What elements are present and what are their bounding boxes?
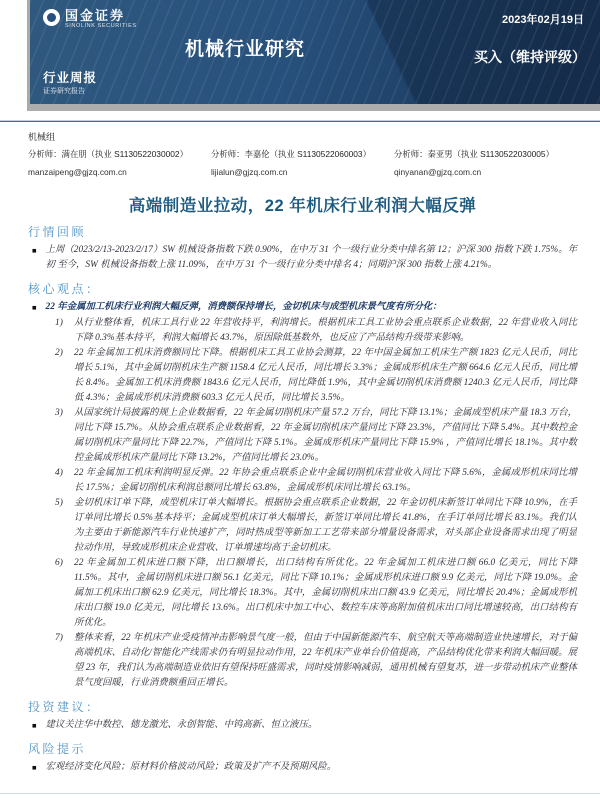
- brand-name-en: SINOLINK SECURITIES: [65, 24, 137, 30]
- analyst-row: 分析师：满在朋（执业 S1130522030002） manzaipeng@gj…: [28, 148, 577, 177]
- market-review-text: 上周（2023/2/13-2023/2/17）SW 机械设备指数下跌 0.90%…: [46, 243, 577, 273]
- core-view-lead-text: 22 年金属加工机床行业利润大幅反弹，消费额保持增长，金切机床与成型机床景气度有…: [46, 300, 577, 315]
- point-number: 5): [55, 496, 69, 556]
- logo-text: 国金证券 SINOLINK SECURITIES: [65, 9, 137, 30]
- point-text: 22 年金属加工机床利润明显反弹。22 年协会重点联系企业中金属切削机床营业收入…: [74, 466, 577, 496]
- point-text: 从国家统计局披露的规上企业数据看，22 年金属切削机床产量 57.2 万台，同比…: [74, 406, 577, 466]
- core-point: 3) 从国家统计局披露的规上企业数据看，22 年金属切削机床产量 57.2 万台…: [55, 406, 577, 466]
- report-body: 机械组 分析师：满在朋（执业 S1130522030002） manzaipen…: [0, 123, 600, 775]
- investment-item: ■ 建议关注华中数控、德龙激光、永创智能、中钨高新、恒立液压。: [32, 718, 577, 733]
- point-text: 整体来看，22 年机床产业受疫情冲击影响景气度一般，但由于中国新能源汽车、航空航…: [74, 631, 577, 691]
- header-banner: 国金证券 SINOLINK SECURITIES 2023年02月19日 机械行…: [27, 0, 600, 111]
- report-subtype: 证券研究报告: [43, 88, 97, 95]
- analyst-name-line: 分析师：满在朋（执业 S1130522030002）: [28, 148, 211, 160]
- analyst-email: qinyanan@gjzq.com.cn: [394, 167, 577, 177]
- analyst-email: lijialun@gjzq.com.cn: [211, 167, 394, 177]
- point-number: 7): [55, 631, 69, 691]
- analyst-card: 分析师：满在朋（执业 S1130522030002） manzaipeng@gj…: [28, 148, 211, 177]
- square-bullet-icon: ■: [32, 243, 37, 273]
- point-text: 金切机床订单下降，成型机床订单大幅增长。根据协会重点联系企业数据，22 年金切机…: [74, 496, 577, 556]
- sinolink-ring-icon: [43, 9, 60, 26]
- risk-item: ■ 宏观经济变化风险；原材料价格波动风险；政策及扩产不及预期风险。: [32, 760, 577, 775]
- report-page: 国金证券 SINOLINK SECURITIES 2023年02月19日 机械行…: [0, 0, 600, 800]
- section-heading-core-view: 核心观点：: [28, 280, 577, 297]
- core-point: 4) 22 年金属加工机床利润明显反弹。22 年协会重点联系企业中金属切削机床营…: [55, 466, 577, 496]
- square-bullet-icon: ■: [32, 718, 37, 733]
- footer-divider: [0, 793, 600, 794]
- square-bullet-icon: ■: [32, 300, 37, 315]
- point-number: 4): [55, 466, 69, 496]
- core-point: 5) 金切机床订单下降，成型机床订单大幅增长。根据协会重点联系企业数据，22 年…: [55, 496, 577, 556]
- analyst-email: manzaipeng@gjzq.com.cn: [28, 167, 211, 177]
- rating-badge: 买入（维持评级）: [474, 47, 586, 67]
- core-point: 2) 22 年金属加工机床消费额同比下降。根据机床工具工业协会测算，22 年中国…: [55, 346, 577, 406]
- core-point: 7) 整体来看，22 年机床产业受疫情冲击影响景气度一般，但由于中国新能源汽车、…: [55, 631, 577, 691]
- core-point: 6) 22 年金属加工机床进口额下降，出口额增长，出口结构有所优化。22 年金属…: [55, 556, 577, 631]
- report-series-title: 机械行业研究: [30, 34, 460, 61]
- core-point: 1) 从行业整体看，机床工具行业 22 年营收持平，利润增长。根据机床工具工业协…: [55, 316, 577, 346]
- point-text: 22 年金属加工机床消费额同比下降。根据机床工具工业协会测算，22 年中国金属加…: [74, 346, 577, 406]
- brand-name-cn: 国金证券: [65, 9, 137, 22]
- section-heading-market-review: 行情回顾: [28, 223, 577, 240]
- page-title: 高端制造业拉动，22 年机床行业利润大幅反弹: [28, 192, 577, 216]
- analyst-card: 分析师：李嘉伦（执业 S1130522060003） lijialun@gjzq…: [211, 148, 394, 177]
- point-number: 1): [55, 316, 69, 346]
- core-view-lead-item: ■ 22 年金属加工机床行业利润大幅反弹，消费额保持增长，金切机床与成型机床景气…: [32, 300, 577, 315]
- analyst-card: 分析师：秦亚男（执业 S1130522030005） qinyanan@gjzq…: [394, 148, 577, 177]
- report-date: 2023年02月19日: [502, 11, 584, 27]
- section-heading-investment: 投资建议：: [28, 698, 577, 715]
- section-heading-risk: 风险提示: [28, 740, 577, 757]
- sinolink-logo: 国金证券 SINOLINK SECURITIES: [43, 9, 137, 30]
- investment-text: 建议关注华中数控、德龙激光、永创智能、中钨高新、恒立液压。: [46, 718, 577, 733]
- risk-text: 宏观经济变化风险；原材料价格波动风险；政策及扩产不及预期风险。: [46, 760, 577, 775]
- point-number: 6): [55, 556, 69, 631]
- point-text: 从行业整体看，机床工具行业 22 年营收持平，利润增长。根据机床工具工业协会重点…: [74, 316, 577, 346]
- report-type-block: 行业周报 证券研究报告: [43, 72, 97, 96]
- team-group-label: 机械组: [28, 130, 577, 143]
- report-type: 行业周报: [43, 72, 97, 85]
- square-bullet-icon: ■: [32, 760, 37, 775]
- point-number: 3): [55, 406, 69, 466]
- analyst-name-line: 分析师：李嘉伦（执业 S1130522060003）: [211, 148, 394, 160]
- market-review-item: ■ 上周（2023/2/13-2023/2/17）SW 机械设备指数下跌 0.9…: [32, 243, 577, 273]
- point-number: 2): [55, 346, 69, 406]
- point-text: 22 年金属加工机床进口额下降，出口额增长，出口结构有所优化。22 年金属加工机…: [74, 556, 577, 631]
- analyst-name-line: 分析师：秦亚男（执业 S1130522030005）: [394, 148, 577, 160]
